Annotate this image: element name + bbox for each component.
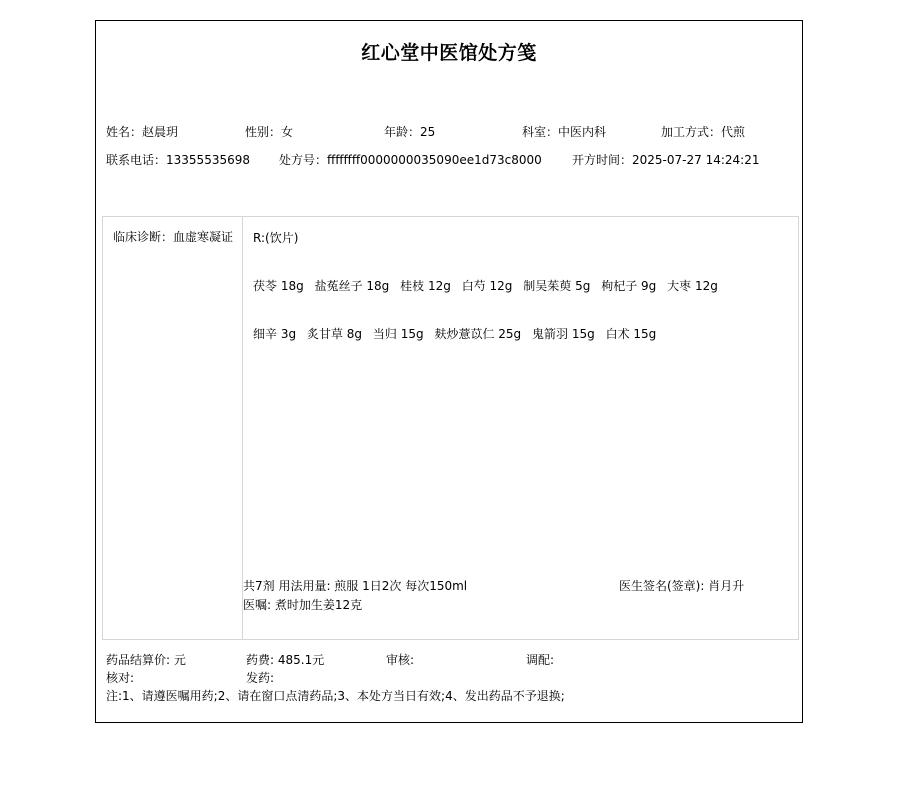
patient-gender-value: 女 [281, 125, 293, 139]
review-field: 审核: [386, 651, 414, 668]
dispense-prep-field: 调配: [526, 651, 554, 668]
prescription-number-label: 处方号： [279, 153, 327, 167]
patient-age: 年龄：25 [384, 123, 435, 140]
column-divider [242, 217, 243, 639]
doctor-name: 肖月升 [708, 579, 744, 593]
prescription-body: 临床诊断：血虚寒凝证 R:(饮片) 茯苓 18g 盐菟丝子 18g 桂枝 12g… [102, 216, 799, 640]
settlement-price: 药品结算价: 元 [106, 651, 186, 668]
herb-item: 制吴茱萸 5g [523, 279, 590, 293]
herb-item: 枸杞子 9g [601, 279, 656, 293]
clinical-diagnosis: 临床诊断：血虚寒凝证 [113, 229, 238, 246]
rx-header: R:(饮片) [253, 229, 298, 246]
phone-label: 联系电话： [106, 153, 166, 167]
herb-line-1: 茯苓 18g 盐菟丝子 18g 桂枝 12g 白芍 12g 制吴茱萸 5g 枸杞… [253, 277, 725, 294]
processing-label: 加工方式： [661, 125, 721, 139]
herb-item: 炙甘草 8g [307, 327, 362, 341]
check-field: 核对: [106, 669, 134, 686]
patient-name: 姓名：赵晨玥 [106, 123, 178, 140]
processing-value: 代煎 [721, 125, 745, 139]
diagnosis-value: 血虚寒凝证 [173, 230, 233, 244]
phone-value: 13355535698 [166, 153, 250, 167]
patient-age-label: 年龄： [384, 125, 420, 139]
department: 科室：中医内科 [522, 123, 606, 140]
page-title: 红心堂中医馆处方笺 [96, 38, 802, 65]
herb-item: 麸炒薏苡仁 25g [434, 327, 521, 341]
herb-item: 白术 15g [606, 327, 657, 341]
herb-item: 桂枝 12g [400, 279, 451, 293]
issue-field: 发药: [246, 669, 274, 686]
herb-item: 当归 15g [373, 327, 424, 341]
doctor-signature-label: 医生签名(签章): [619, 579, 708, 593]
patient-gender: 性别：女 [245, 123, 293, 140]
herb-item: 细辛 3g [253, 327, 296, 341]
prescription-number: 处方号：ffffffff0000000035090ee1d73c8000 [279, 151, 542, 168]
patient-name-value: 赵晨玥 [142, 125, 178, 139]
usage-instructions: 共7剂 用法用量: 煎服 1日2次 每次150ml [243, 577, 467, 594]
prescription-number-value: ffffffff0000000035090ee1d73c8000 [327, 153, 542, 167]
herb-item: 茯苓 18g [253, 279, 304, 293]
department-label: 科室： [522, 125, 558, 139]
herb-line-2: 细辛 3g 炙甘草 8g 当归 15g 麸炒薏苡仁 25g 鬼箭羽 15g 白术… [253, 325, 663, 342]
issued-time-label: 开方时间： [572, 153, 632, 167]
doctor-advice: 医嘱: 煮时加生姜12克 [243, 596, 362, 613]
patient-age-value: 25 [420, 125, 435, 139]
prescription-form: 红心堂中医馆处方笺 姓名：赵晨玥 性别：女 年龄：25 科室：中医内科 加工方式… [95, 20, 803, 723]
department-value: 中医内科 [558, 125, 606, 139]
diagnosis-label: 临床诊断： [113, 230, 173, 244]
processing-method: 加工方式：代煎 [661, 123, 745, 140]
issued-time: 开方时间：2025-07-27 14:24:21 [572, 151, 759, 168]
herb-item: 白芍 12g [462, 279, 513, 293]
herb-item: 大枣 12g [667, 279, 718, 293]
herb-item: 盐菟丝子 18g [315, 279, 390, 293]
herb-item: 鬼箭羽 15g [532, 327, 595, 341]
doctor-signature: 医生签名(签章): 肖月升 [619, 577, 744, 594]
drug-fee: 药费: 485.1元 [246, 651, 324, 668]
patient-name-label: 姓名： [106, 125, 142, 139]
footer-notes: 注:1、请遵医嘱用药;2、请在窗口点清药品;3、本处方当日有效;4、发出药品不予… [106, 687, 565, 704]
patient-gender-label: 性别： [245, 125, 281, 139]
patient-phone: 联系电话：13355535698 [106, 151, 250, 168]
issued-time-value: 2025-07-27 14:24:21 [632, 153, 759, 167]
